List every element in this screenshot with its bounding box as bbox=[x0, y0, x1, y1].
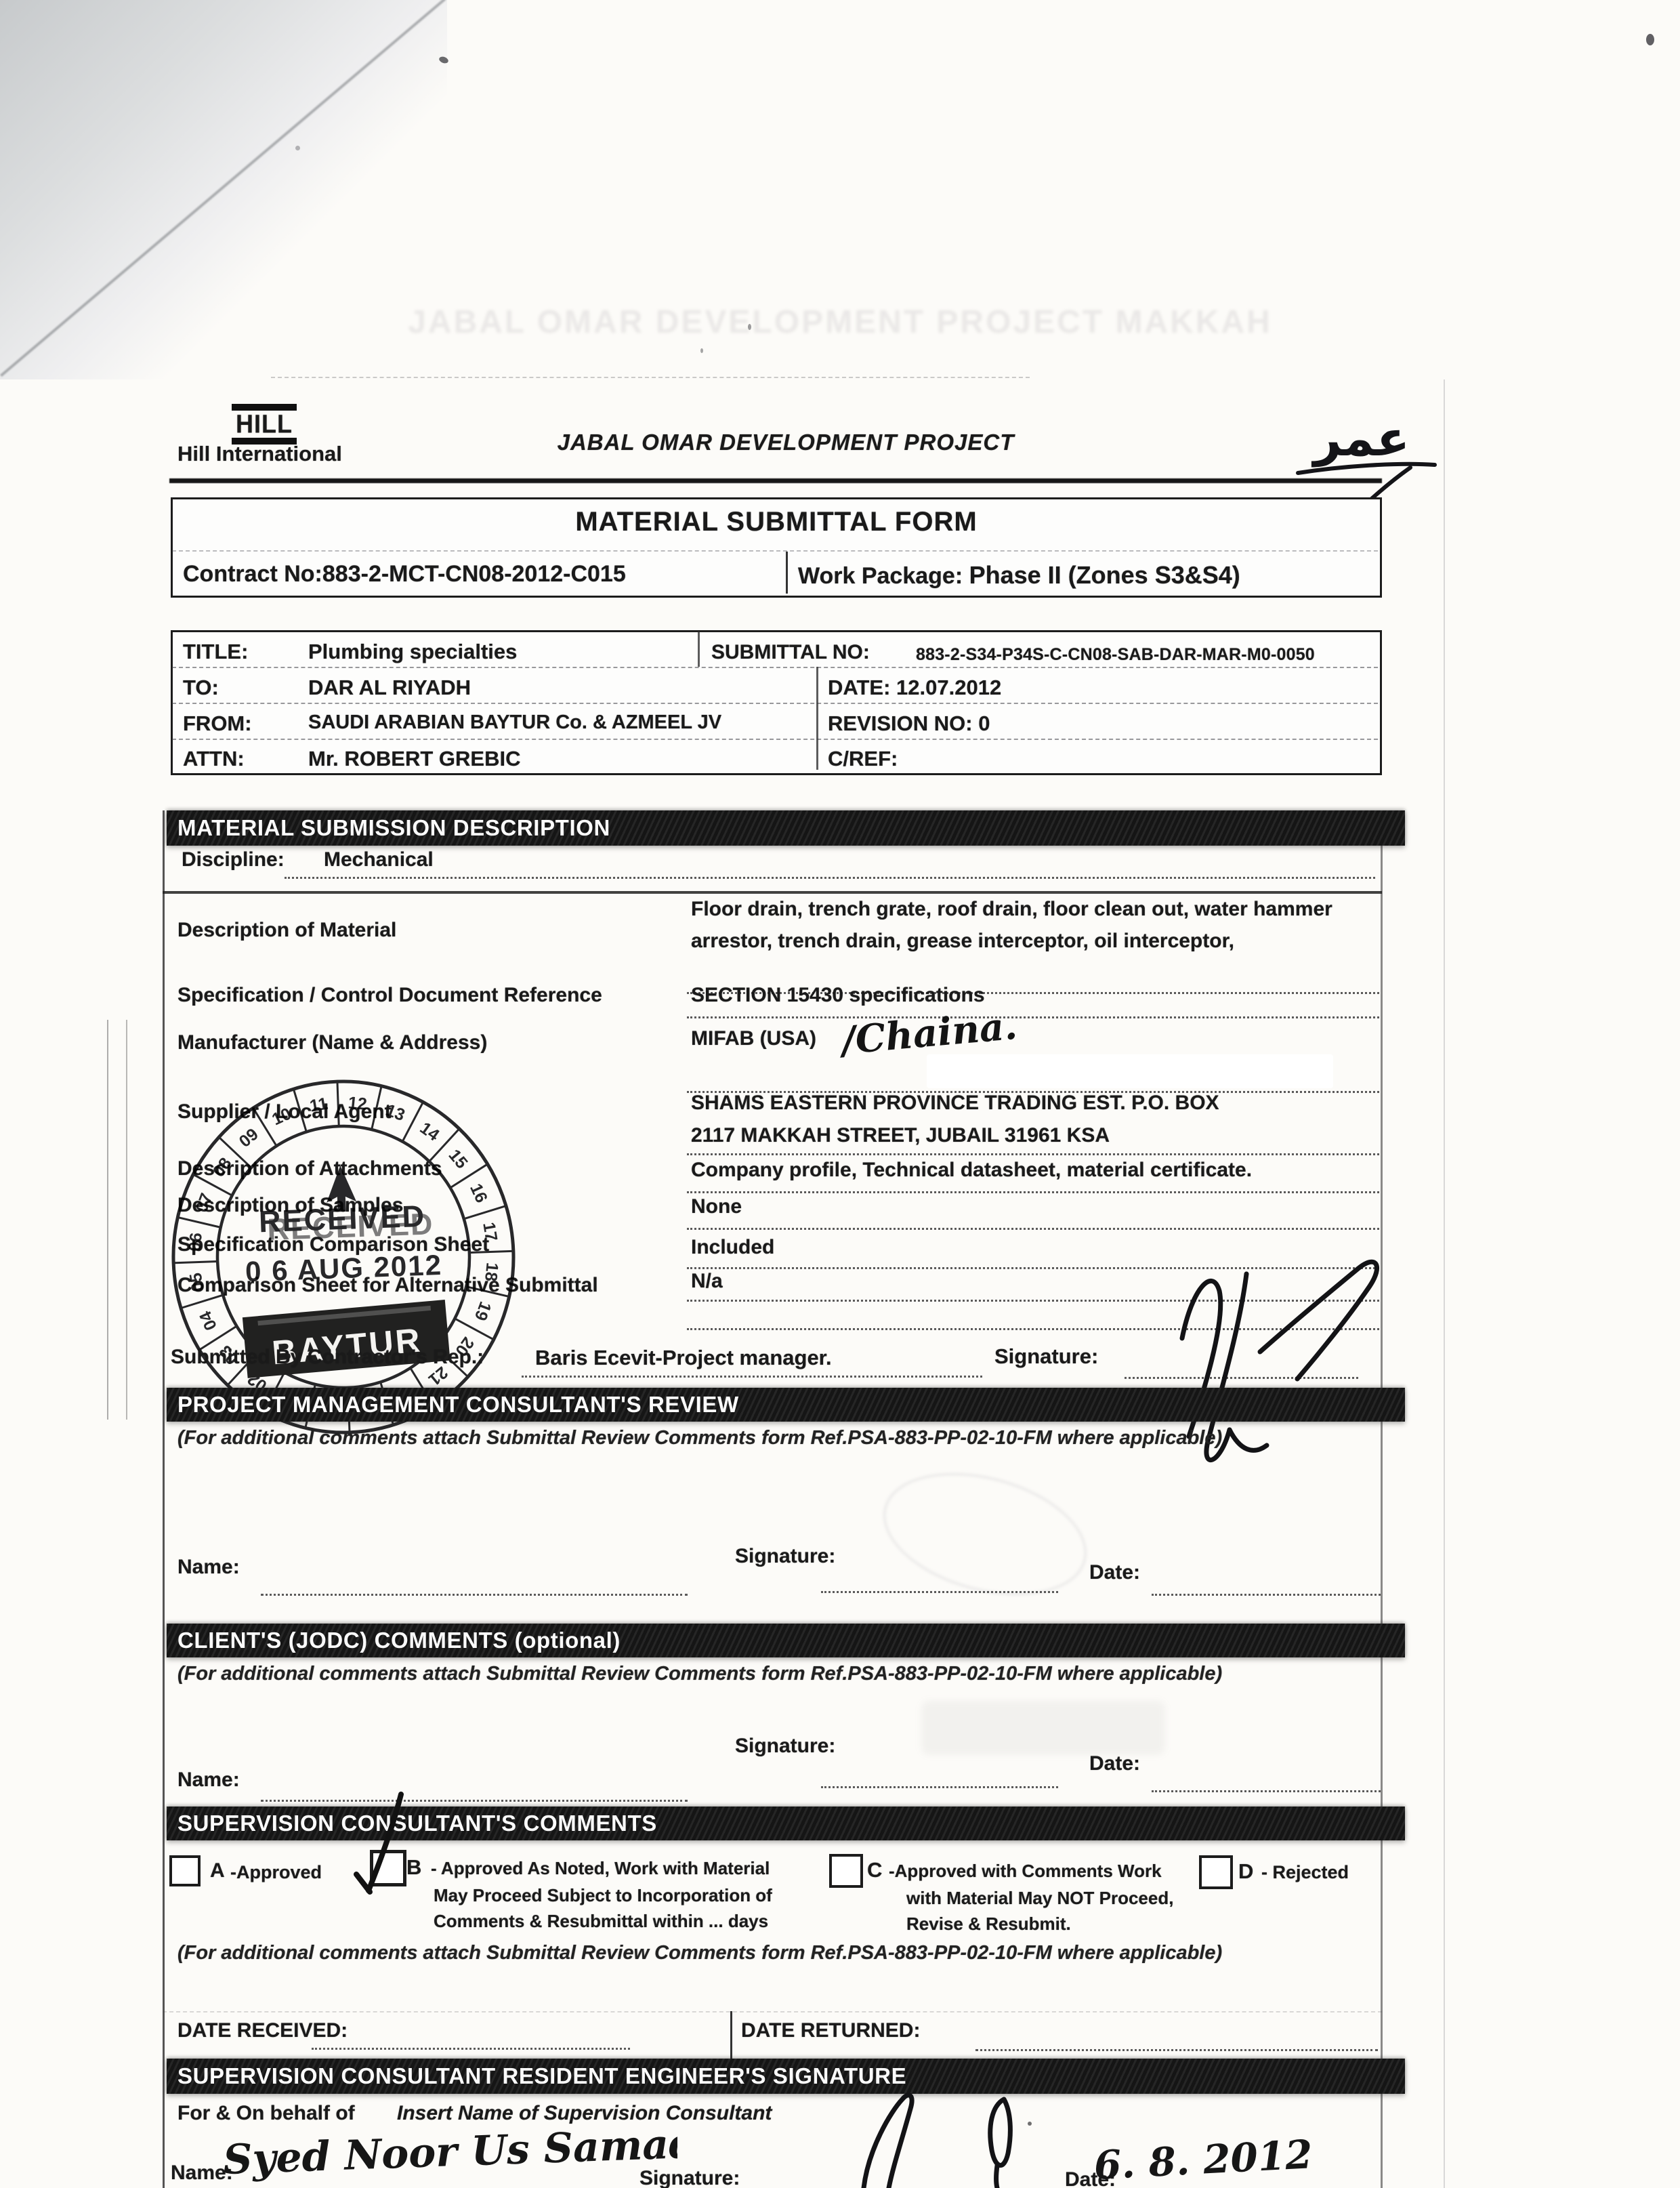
section-bar-label: MATERIAL SUBMISSION DESCRIPTION bbox=[177, 815, 610, 841]
scan-page-edge-line bbox=[1444, 379, 1445, 2188]
row-value: SHAMS EASTERN PROVINCE TRADING EST. P.O.… bbox=[691, 1087, 1246, 1152]
form-right-border bbox=[1381, 810, 1383, 2188]
title-label: TITLE: bbox=[183, 640, 248, 664]
date-label: DATE: bbox=[828, 676, 890, 699]
info-col-divider bbox=[816, 667, 818, 770]
arabic-mark-text: عمر bbox=[1311, 410, 1410, 468]
form-box-vertical-divider bbox=[786, 552, 788, 594]
contract-no: Contract No:883-2-MCT-CN08-2012-C015 bbox=[183, 561, 626, 587]
project-title: JABAL OMAR DEVELOPMENT PROJECT bbox=[406, 430, 1165, 455]
material-submittal-form-scan: JABAL OMAR DEVELOPMENT PROJECT MAKKAH HI… bbox=[0, 0, 1680, 2188]
row-label: Specification / Control Document Referen… bbox=[177, 984, 602, 1007]
section-bar-pmc-review: PROJECT MANAGEMENT CONSULTANT'S REVIEW bbox=[167, 1388, 1405, 1422]
contractor-signature-label: Signature: bbox=[994, 1344, 1098, 1369]
option-c-line1: -Approved with Comments Work bbox=[889, 1861, 1162, 1882]
to-label: TO: bbox=[183, 676, 219, 700]
client-name-label: Name: bbox=[177, 1769, 240, 1792]
svg-text:18: 18 bbox=[481, 1262, 502, 1282]
ruled-line bbox=[261, 1594, 688, 1596]
revision-value: 0 bbox=[978, 711, 990, 735]
header-rule bbox=[169, 478, 1382, 483]
section-bar-resident-engineer: SUPERVISION CONSULTANT RESIDENT ENGINEER… bbox=[167, 2059, 1405, 2094]
handwritten-engineer-name: Syed Noor Us Samad bbox=[217, 2125, 677, 2188]
submitted-by-value: Baris Ecevit-Project manager. bbox=[535, 1346, 832, 1370]
ruled-line bbox=[261, 1800, 688, 1802]
row-value: SECTION 15430 specifications bbox=[691, 984, 985, 1007]
option-b-line1: - Approved As Noted, Work with Material bbox=[431, 1858, 770, 1879]
svg-text:14: 14 bbox=[417, 1119, 443, 1145]
option-c-line3: Revise & Resubmit. bbox=[906, 1914, 1071, 1935]
section-bar-label: CLIENT'S (JODC) COMMENTS (optional) bbox=[177, 1628, 621, 1653]
handwritten-checkmark-b bbox=[339, 1789, 427, 1904]
logo-text: HILL bbox=[232, 410, 297, 438]
date-value: 12.07.2012 bbox=[896, 676, 1001, 699]
checkbox-a bbox=[169, 1855, 201, 1886]
review-note: (For additional comments attach Submitta… bbox=[177, 1942, 1222, 1964]
pmc-signature-label: Signature: bbox=[735, 1545, 835, 1568]
revision-cell: REVISION NO: 0 bbox=[828, 711, 990, 736]
ruled-line bbox=[687, 1016, 1379, 1018]
ruled-line bbox=[522, 1376, 982, 1378]
behalf-consultant-placeholder: Insert Name of Supervision Consultant bbox=[397, 2102, 772, 2125]
row-value: None bbox=[691, 1195, 742, 1218]
ruled-line bbox=[285, 877, 1375, 879]
attn-label: ATTN: bbox=[183, 747, 245, 771]
brand-name: Hill International bbox=[177, 442, 342, 466]
ruled-line bbox=[687, 1191, 1379, 1193]
row-value: MIFAB (USA) bbox=[691, 1027, 816, 1050]
discipline-value: Mechanical bbox=[324, 848, 434, 871]
to-value: DAR AL RIYADH bbox=[308, 676, 471, 700]
svg-text:12: 12 bbox=[348, 1093, 368, 1114]
submittal-no-value: 883-2-S34-P34S-C-CN08-SAB-DAR-MAR-M0-005… bbox=[916, 645, 1315, 665]
work-package-value: Phase II (Zones S3&S4) bbox=[969, 561, 1240, 589]
row-label: Description of Material bbox=[177, 919, 396, 942]
revision-label: REVISION NO: bbox=[828, 711, 973, 735]
option-d-code: D bbox=[1238, 1859, 1253, 1884]
form-box-divider bbox=[172, 550, 1378, 552]
re-signature-label: Signature: bbox=[639, 2167, 740, 2188]
svg-text:16: 16 bbox=[466, 1181, 491, 1206]
scan-stray-line bbox=[107, 1020, 108, 1420]
date-returned-label: DATE RETURNED: bbox=[741, 2019, 920, 2042]
review-note: (For additional comments attach Submitta… bbox=[177, 1427, 1222, 1449]
section-bar-label: SUPERVISION CONSULTANT RESIDENT ENGINEER… bbox=[177, 2063, 906, 2089]
work-package-label: Work Package: bbox=[798, 563, 963, 589]
row-value: N/a bbox=[691, 1270, 723, 1293]
attn-value: Mr. ROBERT GREBIC bbox=[308, 747, 520, 771]
info-row-divider bbox=[172, 667, 1378, 668]
svg-text:11: 11 bbox=[308, 1094, 329, 1116]
ruled-line bbox=[687, 1153, 1379, 1155]
pmc-date-label: Date: bbox=[1089, 1561, 1140, 1584]
date-received-label: DATE RECEIVED: bbox=[177, 2019, 348, 2042]
row-value: Included bbox=[691, 1236, 774, 1259]
section-bar-label: PROJECT MANAGEMENT CONSULTANT'S REVIEW bbox=[177, 1392, 739, 1418]
client-signature-label: Signature: bbox=[735, 1735, 835, 1758]
svg-text:15: 15 bbox=[445, 1146, 471, 1172]
contract-no-label: Contract No: bbox=[183, 561, 322, 587]
svg-text:09: 09 bbox=[236, 1125, 262, 1151]
ruled-line bbox=[821, 1786, 1058, 1788]
info-row-divider bbox=[172, 703, 1378, 704]
client-date-label: Date: bbox=[1089, 1752, 1140, 1775]
ghost-bleedthrough-title: JABAL OMAR DEVELOPMENT PROJECT MAKKAH bbox=[366, 304, 1314, 341]
row-value: Company profile, Technical datasheet, ma… bbox=[691, 1159, 1252, 1182]
submittal-no-label: SUBMITTAL NO: bbox=[711, 641, 870, 664]
date-cells-divider bbox=[730, 2011, 732, 2060]
checkbox-c bbox=[829, 1854, 863, 1888]
section-bar-material-submission: MATERIAL SUBMISSION DESCRIPTION bbox=[167, 810, 1405, 846]
form-left-border bbox=[163, 810, 165, 2188]
ruled-line bbox=[1152, 1594, 1381, 1596]
engineer-name-text: Syed Noor Us Samad bbox=[222, 2125, 677, 2184]
svg-text:06: 06 bbox=[185, 1232, 206, 1252]
hill-international-logo: HILL bbox=[232, 404, 297, 445]
engineer-date-text: 6. 8. 2012 bbox=[1093, 2132, 1314, 2188]
cref-cell: C/REF: bbox=[828, 747, 898, 771]
info-col-divider-row1 bbox=[698, 632, 700, 667]
option-a-text: -Approved bbox=[230, 1862, 322, 1883]
option-b-line2: May Proceed Subject to Incorporation of bbox=[434, 1885, 772, 1906]
form-title: MATERIAL SUBMITTAL FORM bbox=[171, 507, 1382, 537]
stamp-date-text: 0 6 AUG 2012 bbox=[245, 1249, 442, 1287]
scan-speck bbox=[1646, 34, 1654, 45]
handwritten-engineer-signature bbox=[826, 2084, 1050, 2188]
section-bar-client-comments: CLIENT'S (JODC) COMMENTS (optional) bbox=[167, 1624, 1405, 1657]
date-cell: DATE: 12.07.2012 bbox=[828, 676, 1001, 700]
title-value: Plumbing specialties bbox=[308, 640, 517, 664]
from-label: FROM: bbox=[183, 711, 252, 736]
scan-speck bbox=[295, 146, 300, 150]
checkbox-d bbox=[1199, 1855, 1233, 1889]
scan-stray-line bbox=[126, 1020, 127, 1420]
review-note: (For additional comments attach Submitta… bbox=[177, 1663, 1222, 1685]
pmc-name-label: Name: bbox=[177, 1556, 240, 1579]
option-b-line3: Comments & Resubmittal within ... days bbox=[434, 1911, 768, 1932]
row-label: Manufacturer (Name & Address) bbox=[177, 1031, 487, 1054]
ruled-line bbox=[163, 2011, 1382, 2012]
svg-text:17: 17 bbox=[479, 1221, 501, 1243]
stamp-received-text-doubleprint: RECEIVED bbox=[267, 1206, 435, 1247]
svg-text:07: 07 bbox=[192, 1191, 216, 1215]
ruled-line bbox=[821, 1591, 1058, 1593]
scan-dotted-line bbox=[271, 377, 1030, 378]
svg-text:13: 13 bbox=[383, 1100, 408, 1125]
contract-no-value: 883-2-MCT-CN08-2012-C015 bbox=[322, 561, 626, 587]
ruled-line bbox=[1152, 1790, 1381, 1792]
scan-speck bbox=[700, 348, 703, 353]
cref-label: C/REF: bbox=[828, 747, 898, 770]
ruled-line bbox=[975, 2049, 1378, 2051]
from-value: SAUDI ARABIAN BAYTUR Co. & AZMEEL JV bbox=[308, 711, 721, 734]
ghost-bleedthrough-mark bbox=[921, 1701, 1165, 1755]
svg-text:05: 05 bbox=[186, 1271, 208, 1293]
option-a-code: A bbox=[210, 1859, 225, 1882]
handwritten-engineer-date: 6. 8. 2012 bbox=[1089, 2132, 1408, 2188]
svg-text:10: 10 bbox=[269, 1104, 294, 1129]
submitted-by-label: Submitted By Contractor's Rep.: bbox=[171, 1346, 484, 1369]
svg-text:19: 19 bbox=[471, 1299, 495, 1323]
behalf-prefix: For & On behalf of bbox=[177, 2102, 355, 2125]
svg-text:08: 08 bbox=[209, 1154, 236, 1180]
ruled-line bbox=[687, 1228, 1379, 1230]
scan-white-patch bbox=[927, 1054, 1333, 1088]
option-d-text: - Rejected bbox=[1261, 1862, 1349, 1883]
work-package: Work Package: Phase II (Zones S3&S4) bbox=[798, 561, 1240, 590]
discipline-label: Discipline: bbox=[182, 848, 285, 871]
ruled-line bbox=[312, 2048, 630, 2050]
option-c-line2: with Material May NOT Proceed, bbox=[906, 1888, 1173, 1909]
option-c-code: C bbox=[867, 1858, 882, 1882]
row-value: Floor drain, trench grate, roof drain, f… bbox=[691, 893, 1362, 957]
info-row-divider bbox=[172, 739, 1378, 740]
svg-text:04: 04 bbox=[196, 1308, 221, 1334]
